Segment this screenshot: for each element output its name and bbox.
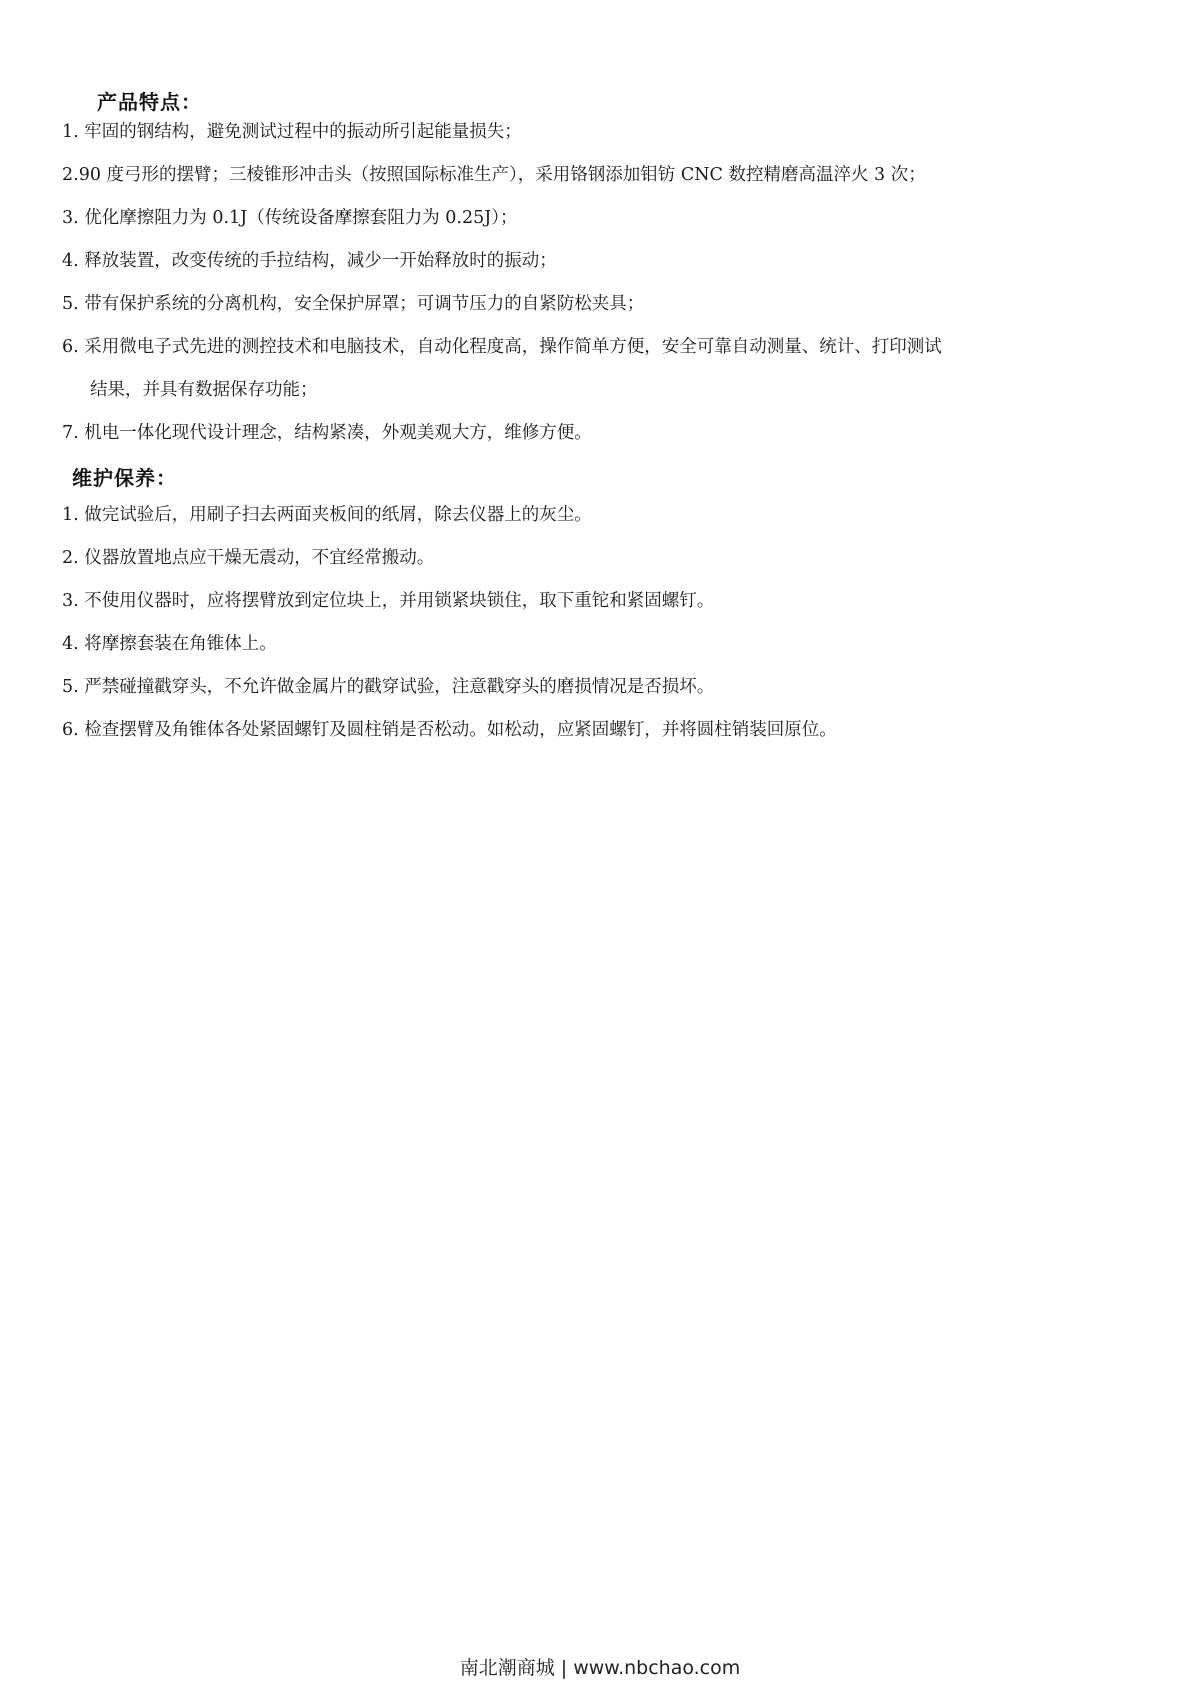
maintenance-item-6: 6. 检查摆臂及角锥体各处紧固螺钉及圆柱销是否松动。如松动，应紧固螺钉，并将圆柱… xyxy=(62,719,837,741)
maintenance-item-text: 严禁碰撞戳穿头，不允许做金属片的戳穿试验，注意戳穿头的磨损情况是否损坏。 xyxy=(84,677,714,697)
feature-item-2: 2.90 度弓形的摆臂；三棱锥形冲击头（按照国际标准生产），采用铬钢添加钼钫 C… xyxy=(62,164,926,186)
feature-item-text: 释放装置，改变传统的手拉结构，减少一开始释放时的振动； xyxy=(84,251,557,271)
feature-item-3: 3. 优化摩擦阻力为 0.1J（传统设备摩擦套阻力为 0.25J）； xyxy=(62,207,517,229)
features-section-title: 产品特点： xyxy=(97,86,202,115)
maintenance-item-text: 检查摆臂及角锥体各处紧固螺钉及圆柱销是否松动。如松动，应紧固螺钉，并将圆柱销装回… xyxy=(84,720,837,740)
feature-item-number: 7. xyxy=(62,422,79,444)
maintenance-item-number: 4. xyxy=(62,633,79,655)
maintenance-item-number: 6. xyxy=(62,719,79,741)
feature-item-text: 采用微电子式先进的测控技术和电脑技术，自动化程度高，操作简单方便，安全可靠自动测… xyxy=(84,337,942,357)
maintenance-item-number: 3. xyxy=(62,590,79,612)
feature-item-number: 2. xyxy=(62,164,79,186)
feature-item-5: 5. 带有保护系统的分离机构，安全保护屏罩；可调节压力的自紧防松夹具； xyxy=(62,293,644,315)
maintenance-item-3: 3. 不使用仪器时，应将摆臂放到定位块上，并用锁紧块锁住，取下重铊和紧固螺钉。 xyxy=(62,590,714,612)
maintenance-item-1: 1. 做完试验后，用刷子扫去两面夹板间的纸屑，除去仪器上的灰尘。 xyxy=(62,504,592,526)
feature-item-text: 90 度弓形的摆臂；三棱锥形冲击头（按照国际标准生产），采用铬钢添加钼钫 CNC… xyxy=(79,165,926,185)
maintenance-item-5: 5. 严禁碰撞戳穿头，不允许做金属片的戳穿试验，注意戳穿头的磨损情况是否损坏。 xyxy=(62,676,714,698)
feature-item-text: 优化摩擦阻力为 0.1J（传统设备摩擦套阻力为 0.25J）； xyxy=(84,208,517,228)
feature-item-4: 4. 释放装置，改变传统的手拉结构，减少一开始释放时的振动； xyxy=(62,250,557,272)
feature-item-number: 5. xyxy=(62,293,79,315)
maintenance-item-text: 不使用仪器时，应将摆臂放到定位块上，并用锁紧块锁住，取下重铊和紧固螺钉。 xyxy=(84,591,714,611)
maintenance-item-number: 2. xyxy=(62,547,79,569)
feature-item-text: 机电一体化现代设计理念，结构紧凑，外观美观大方，维修方便。 xyxy=(84,423,592,443)
feature-item-text: 牢固的钢结构，避免测试过程中的振动所引起能量损失； xyxy=(84,122,522,142)
footer-watermark: 南北潮商城 | www.nbchao.com xyxy=(0,1653,1200,1680)
feature-item-1: 1. 牢固的钢结构，避免测试过程中的振动所引起能量损失； xyxy=(62,121,522,143)
feature-item-number: 1. xyxy=(62,121,79,143)
maintenance-item-2: 2. 仪器放置地点应干燥无震动，不宜经常搬动。 xyxy=(62,547,434,569)
feature-item-number: 6. xyxy=(62,336,79,358)
document-page: 产品特点： 1. 牢固的钢结构，避免测试过程中的振动所引起能量损失； 2.90 … xyxy=(0,0,1200,1697)
maintenance-item-4: 4. 将摩擦套装在角锥体上。 xyxy=(62,633,277,655)
maintenance-item-text: 做完试验后，用刷子扫去两面夹板间的纸屑，除去仪器上的灰尘。 xyxy=(84,505,592,525)
feature-item-6: 6. 采用微电子式先进的测控技术和电脑技术，自动化程度高，操作简单方便，安全可靠… xyxy=(62,336,942,358)
feature-item-7: 7. 机电一体化现代设计理念，结构紧凑，外观美观大方，维修方便。 xyxy=(62,422,592,444)
feature-item-number: 4. xyxy=(62,250,79,272)
maintenance-item-number: 1. xyxy=(62,504,79,526)
feature-item-text: 带有保护系统的分离机构，安全保护屏罩；可调节压力的自紧防松夹具； xyxy=(84,294,644,314)
maintenance-section-title: 维护保养： xyxy=(72,462,177,491)
maintenance-item-number: 5. xyxy=(62,676,79,698)
maintenance-item-text: 仪器放置地点应干燥无震动，不宜经常搬动。 xyxy=(84,548,434,568)
feature-item-number: 3. xyxy=(62,207,79,229)
feature-item-6-continuation: 结果，并具有数据保存功能； xyxy=(90,379,318,401)
maintenance-item-text: 将摩擦套装在角锥体上。 xyxy=(84,634,277,654)
